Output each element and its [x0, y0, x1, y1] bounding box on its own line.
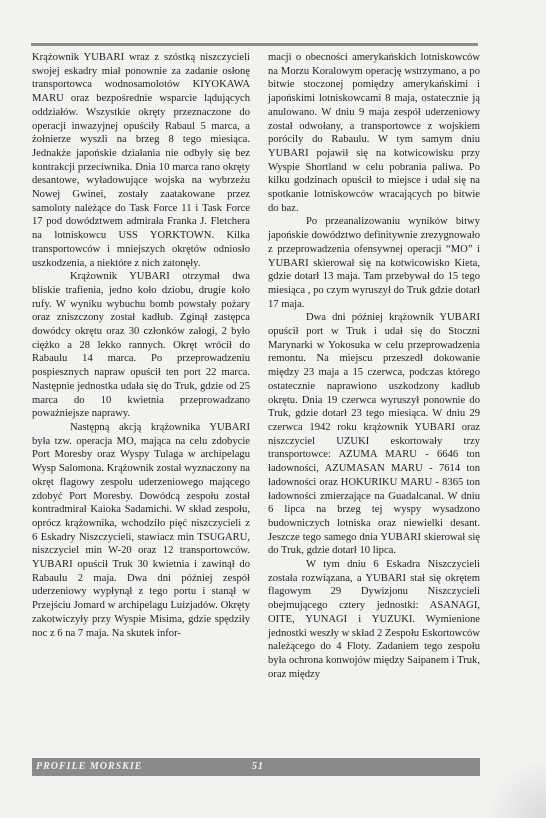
- paragraph: Krążownik YUBARI otrzymał dwa bliskie tr…: [32, 270, 250, 421]
- header-rule: [31, 43, 478, 46]
- paragraph: Następną akcją krążownika YUBARI była tz…: [32, 421, 250, 640]
- paragraph: Dwa dni później krążownik YUBARI opuścił…: [268, 311, 480, 558]
- paragraph: macji o obecności amerykańskich lotnisko…: [268, 51, 480, 215]
- footer-bar: PROFILE MORSKIE 51: [32, 758, 480, 776]
- paragraph: Krążownik YUBARI wraz z szóstką niszczyc…: [32, 51, 250, 270]
- publication-title: PROFILE MORSKIE: [36, 761, 142, 772]
- paragraph: Po przeanalizowaniu wyników bitwy japońs…: [268, 215, 480, 311]
- paragraph: W tym dniu 6 Eskadra Niszczycieli został…: [268, 558, 480, 681]
- page-corner-shadow: [486, 758, 546, 818]
- right-column: macji o obecności amerykańskich lotnisko…: [268, 51, 480, 681]
- left-column: Krążownik YUBARI wraz z szóstką niszczyc…: [32, 51, 250, 640]
- page-number: 51: [252, 761, 264, 772]
